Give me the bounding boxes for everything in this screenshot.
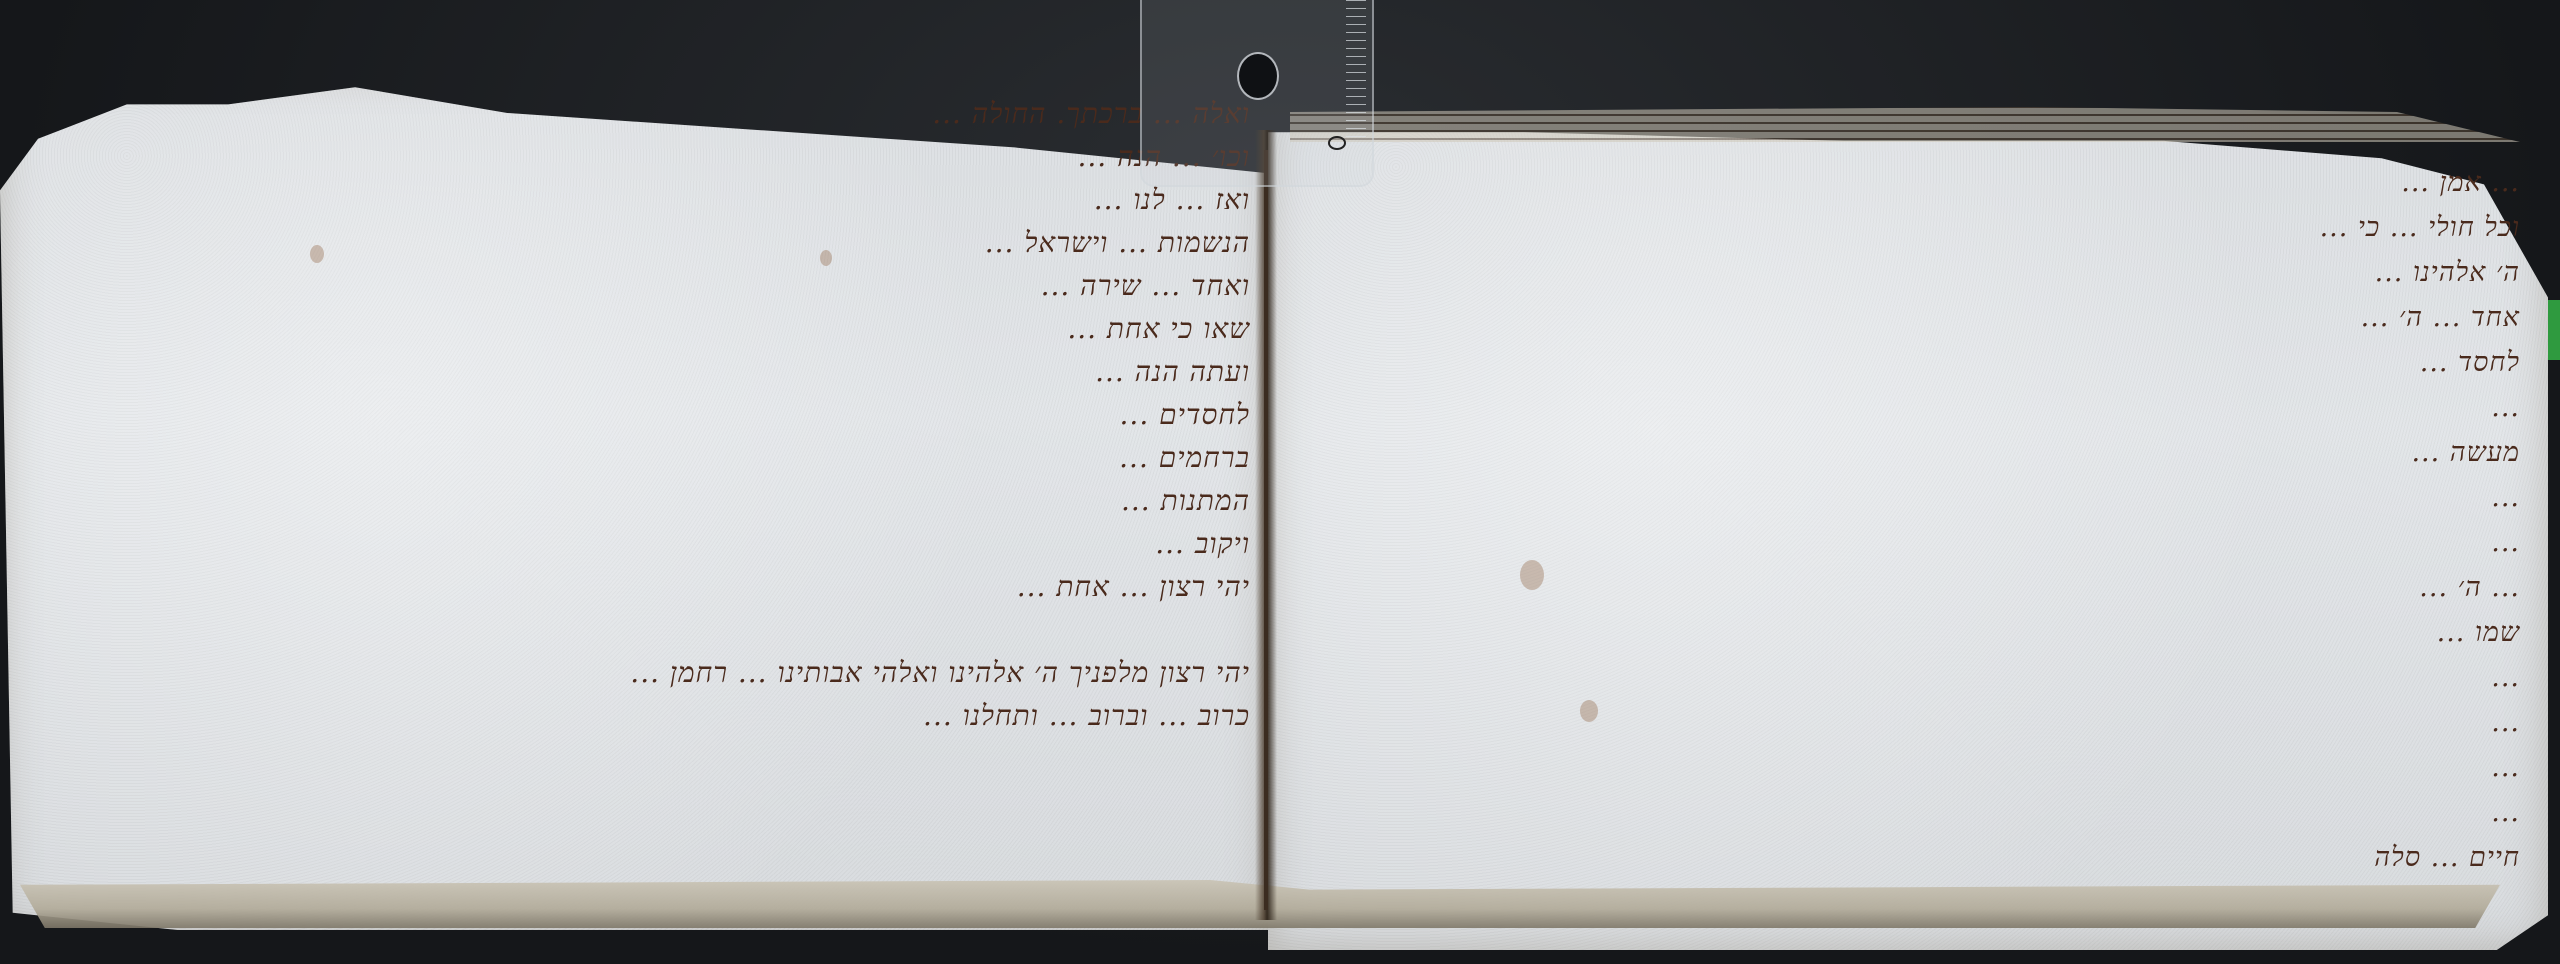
handwritten-line: ... [1400,385,2520,430]
handwritten-line: ויקוב ... [20,522,1250,565]
left-page-text: ואלה ... ברכתך. החולה ... וכו׳ ... הנה .… [20,92,1250,737]
handwritten-line: מעשה ... [1400,430,2520,475]
handwritten-line: וכו׳ ... הנה ... [20,135,1250,178]
binding-thread [1264,150,1268,910]
handwritten-line: ... ה׳ ... [1400,565,2520,610]
handwritten-line: שמו ... [1400,610,2520,655]
handwritten-line: וכל חולי ... כי ... [1400,205,2520,250]
manuscript-photo: ואלה ... ברכתך. החולה ... וכו׳ ... הנה .… [0,0,2560,964]
ruler-hole [1237,52,1279,100]
green-tab-marker [2548,300,2560,360]
handwritten-line: ... [1400,520,2520,565]
handwritten-line: יהי רצון ... אחת ... [20,565,1250,608]
handwritten-line: ועתה הנה ... [20,350,1250,393]
handwritten-line: שאו כי אחת ... [20,307,1250,350]
handwritten-line: לחסדים ... [20,393,1250,436]
handwritten-line: לחסד ... [1400,340,2520,385]
handwritten-line: חיים ... סלה [1400,835,2520,880]
handwritten-line: הנשמות ... וישראל ... [20,221,1250,264]
handwritten-line: ואז ... לנו ... [20,178,1250,221]
handwritten-line: המתנות ... [20,479,1250,522]
handwritten-line: ... [1400,475,2520,520]
handwritten-line: ברחמים ... [20,436,1250,479]
handwritten-line: כרוב ... וברוב ... ותחלנו ... [20,694,1250,737]
handwritten-line: ... [1400,655,2520,700]
handwritten-line: ואחד ... שירה ... [20,264,1250,307]
handwritten-line: ה׳ אלהינו ... [1400,250,2520,295]
handwritten-line: אחד ... ה׳ ... [1400,295,2520,340]
transparent-ruler-clip [1140,0,1374,187]
handwritten-line: ... [1400,700,2520,745]
right-page-text: ... אמן ... וכל חולי ... כי ... ה׳ אלהינ… [1400,160,2520,880]
ruler-ring-marker [1328,136,1346,150]
handwritten-line: יהי רצון מלפניך ה׳ אלהינו ואלהי אבותינו … [20,651,1250,694]
handwritten-line [20,608,1250,651]
handwritten-line: ... אמן ... [1400,160,2520,205]
handwritten-line: ... [1400,745,2520,790]
handwritten-line: ואלה ... ברכתך. החולה ... [20,92,1250,135]
ruler-tick-marks [1346,0,1366,150]
handwritten-line: ... [1400,790,2520,835]
